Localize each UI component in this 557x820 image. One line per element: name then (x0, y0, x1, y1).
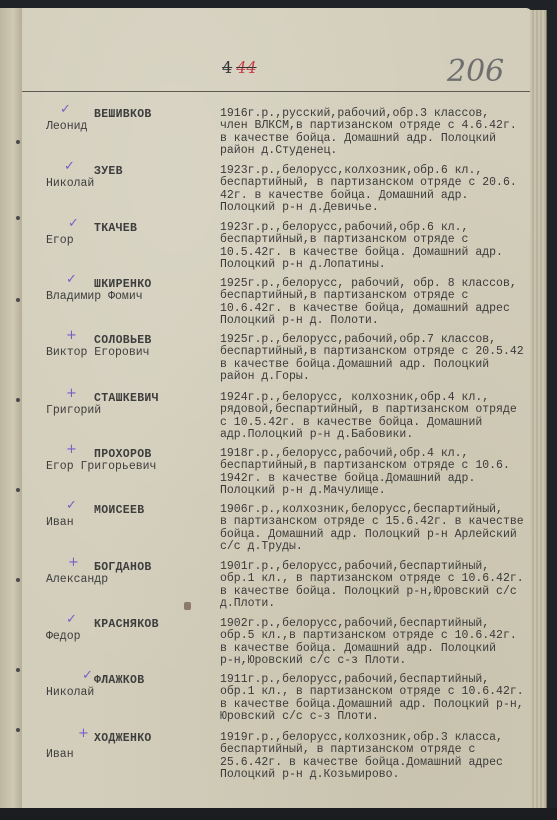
document-page: 444 206 ✓ ВЕШИВКОВ Леонид 1916г.р.,русск… (22, 8, 532, 808)
entry-given-name: Григорий (46, 404, 101, 417)
entry-given-name: Александр (46, 573, 108, 586)
entry-description: 1924г.р.,белорусс, колхозник,обр.4 кл., … (220, 392, 530, 441)
entry-surname: МОИСЕЕВ (94, 504, 144, 517)
entry-surname: ХОДЖЕНКО (94, 732, 152, 745)
entry-surname: СТАШКЕВИЧ (94, 392, 159, 405)
punch-hole (16, 578, 20, 582)
header-rule (22, 91, 532, 92)
check-mark-icon: ✓ (66, 498, 77, 513)
entry-description: 1925г.р.,белорусс, рабочий, обр. 8 класс… (220, 278, 530, 327)
entry-given-name: Николай (46, 686, 94, 699)
entry-description: 1916г.р.,русский,рабочий,обр.3 классов, … (220, 108, 530, 157)
check-mark-icon: ✓ (60, 102, 71, 117)
old-page-number: 444 (222, 58, 257, 77)
punch-hole (16, 668, 20, 672)
entry-given-name: Леонид (46, 120, 87, 133)
punch-hole (16, 488, 20, 492)
entry-given-name: Егор (46, 234, 74, 247)
check-mark-icon: ✓ (66, 612, 77, 627)
check-mark-icon: ✓ (66, 272, 77, 287)
entry-given-name: Владимир Фомич (46, 290, 143, 303)
entry-description: 1911г.р.,белорусс,рабочий,беспартийный, … (220, 674, 530, 723)
bottom-background (0, 808, 557, 820)
plus-mark-icon: + (66, 442, 77, 457)
page-stack-edge (530, 10, 547, 808)
old-page-red-number: 44 (236, 58, 256, 77)
entry-description: 1901г.р.,белорусс,рабочий,беспартийный, … (220, 561, 530, 610)
entry-description: 1925г.р.,белорусс,рабочий,обр.7 классов,… (220, 334, 530, 383)
entry-description: 1918г.р.,белорусс,рабочий,обр.4 кл., бес… (220, 448, 530, 497)
punch-hole (16, 216, 20, 220)
entry-given-name: Виктор Егорович (46, 346, 150, 359)
entry-given-name: Иван (46, 516, 74, 529)
entry-surname: ВЕШИВКОВ (94, 108, 152, 121)
entry-surname: КРАСНЯКОВ (94, 618, 159, 631)
punch-hole (16, 140, 20, 144)
entry-given-name: Иван (46, 748, 74, 761)
punch-hole (16, 398, 20, 402)
check-mark-icon: ✓ (64, 159, 75, 174)
entry-surname: ФЛАЖКОВ (94, 674, 144, 687)
entry-description: 1923г.р.,белорусс,рабочий,обр.6 кл., бес… (220, 222, 530, 271)
entry-description: 1906г.р.,колхозник,белорусс,беспартийный… (220, 504, 530, 553)
left-binding (0, 8, 23, 808)
plus-mark-icon: + (66, 328, 77, 343)
entry-given-name: Федор (46, 630, 81, 643)
entry-description: 1902г.р.,белорусс,рабочий,беспартийный, … (220, 618, 530, 667)
entry-surname: ЗУЕВ (94, 165, 123, 178)
entry-surname: ТКАЧЕВ (94, 222, 137, 235)
paper-damage (184, 602, 191, 610)
entry-given-name: Николай (46, 177, 94, 190)
plus-mark-icon: + (66, 386, 77, 401)
old-page-prefix: 4 (222, 58, 232, 77)
entry-description: 1919г.р.,белорусс,колхозник,обр.3 класса… (220, 732, 530, 781)
check-mark-icon: ✓ (82, 668, 93, 683)
entry-description: 1923г.р.,белорусс,колхозник,обр.6 кл., б… (220, 165, 530, 214)
entry-given-name: Егор Григорьевич (46, 460, 156, 473)
plus-mark-icon: + (68, 555, 79, 570)
check-mark-icon: ✓ (68, 216, 79, 231)
folio-number: 206 (447, 54, 504, 89)
plus-mark-icon: + (78, 726, 89, 741)
punch-hole (16, 728, 20, 732)
punch-hole (16, 298, 20, 302)
